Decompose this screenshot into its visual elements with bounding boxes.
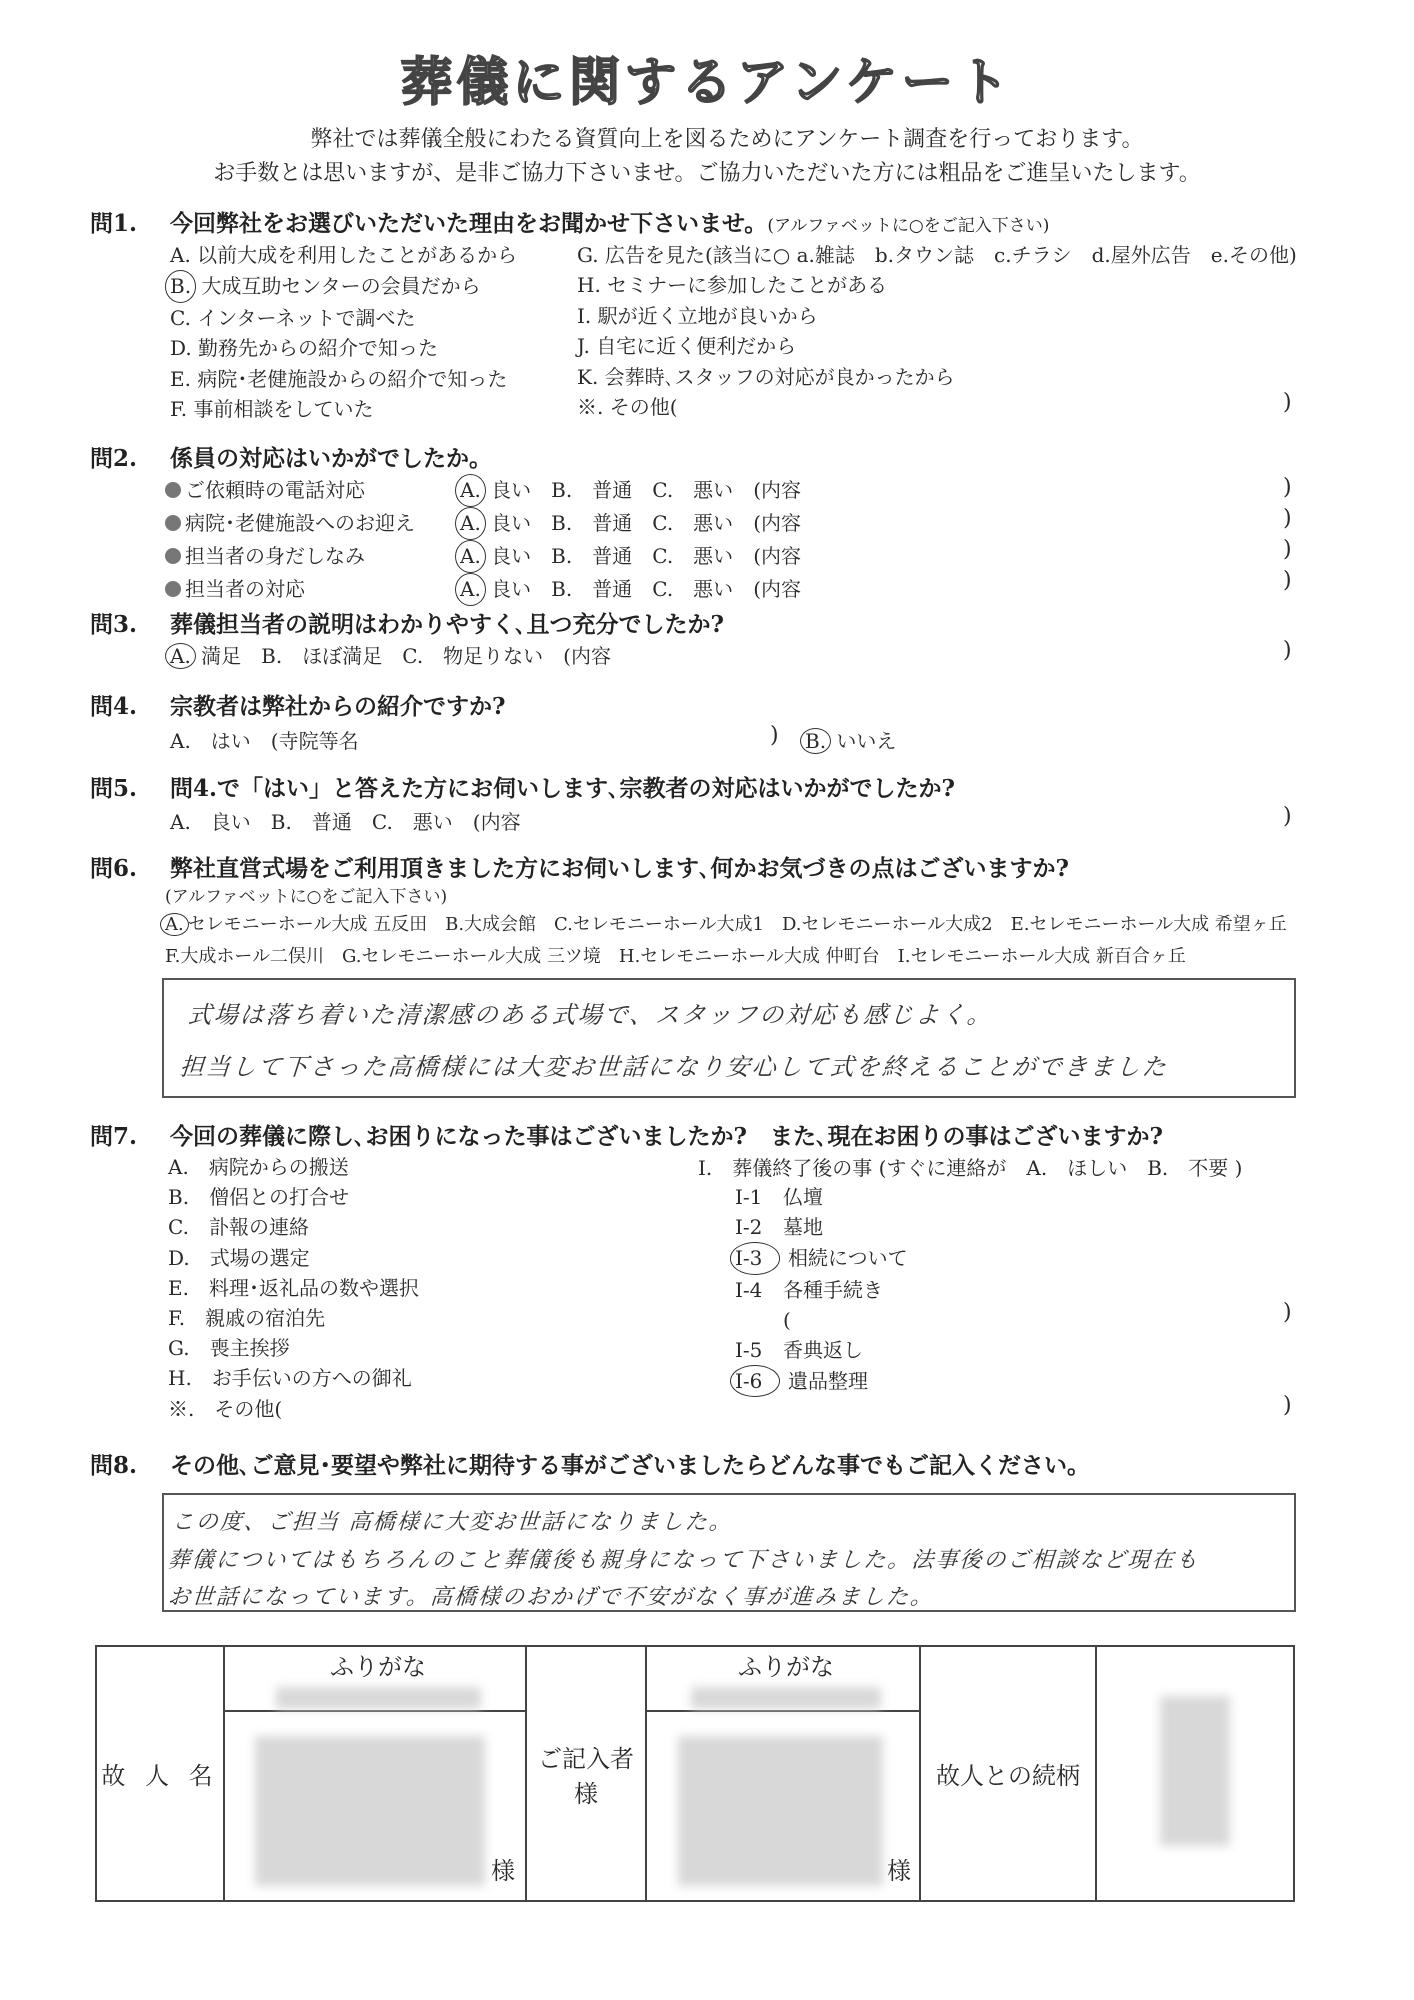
- option-label: 遺品整理: [788, 1369, 868, 1393]
- q1-option-j[interactable]: J. 自宅に近く便利だから: [577, 331, 1297, 361]
- writer-label: ご記入者様: [526, 1646, 646, 1901]
- writer-name-field[interactable]: 様: [646, 1711, 920, 1901]
- option-key: G.: [577, 243, 599, 267]
- option-label: 病院からの搬送: [209, 1155, 349, 1179]
- q2-close-parens: ) ) ) ): [1283, 472, 1292, 596]
- option-key: C.: [168, 1215, 189, 1239]
- option-label: セミナーに参加したことがある: [607, 273, 887, 297]
- option-key: ※.: [577, 395, 603, 419]
- q3-text: 葬儀担当者の説明はわかりやすく､且つ充分でしたか?: [170, 611, 724, 638]
- redacted-text: [255, 1736, 485, 1886]
- q8-heading: 問8.その他､ご意見･要望や弊社に期待する事がございましたらどんな事でもご記入く…: [90, 1447, 1090, 1480]
- q5-number: 問5.: [90, 770, 170, 803]
- q2-row: 担当者の身だしなみA. 良い B. 普通 C. 悪い (内容: [165, 540, 801, 573]
- option-label: お手伝いの方への御礼: [212, 1366, 412, 1390]
- q7-sub-option-detail[interactable]: (: [735, 1305, 908, 1335]
- q1-option-k[interactable]: K. 会葬時､スタッフの対応が良かったから: [577, 362, 1297, 392]
- option-label: 以前大成を利用したことがあるから: [197, 243, 517, 267]
- option-label: 訃報の連絡: [209, 1215, 309, 1239]
- q5-close-paren: ): [1283, 804, 1292, 829]
- q1-option-h[interactable]: H. セミナーに参加したことがある: [577, 270, 1297, 300]
- option-c[interactable]: C. 悪い: [652, 511, 733, 535]
- close-paren: ): [1283, 534, 1292, 565]
- option-label: 事前相談をしていた: [193, 397, 373, 421]
- q2-text: 係員の対応はいかがでしたか。: [170, 445, 492, 472]
- q1-option-other[interactable]: ※. その他(: [577, 392, 1297, 422]
- bullet-icon: [165, 548, 181, 564]
- option-key: I-5: [735, 1335, 783, 1365]
- option-c[interactable]: C. 悪い: [652, 544, 733, 568]
- deceased-name-label: 故 人 名: [96, 1646, 224, 1901]
- redacted-text: [276, 1687, 481, 1709]
- circled-option-a[interactable]: A.: [165, 643, 196, 669]
- row-label: 担当者の身だしなみ: [185, 541, 460, 572]
- option-key: A.: [168, 1155, 189, 1179]
- q1-heading: 問1.今回弊社をお選びいただいた理由をお聞かせ下さいませ。(アルファベットに○を…: [90, 205, 1049, 238]
- circled-option-key: I-3: [730, 1242, 780, 1274]
- q8-comment-line-3: お世話になっています。高橋様のおかげで不安がなく事が進みました。: [167, 1580, 935, 1611]
- option-label: 大成互助センターの会員だから: [201, 274, 480, 298]
- q4-number: 問4.: [90, 688, 170, 721]
- q2-rows: ご依頼時の電話対応A. 良い B. 普通 C. 悪い (内容 病院･老健施設への…: [165, 474, 801, 606]
- option-b-label: いいえ: [836, 729, 896, 753]
- q1-left-options: A. 以前大成を利用したことがあるから B. 大成互助センターの会員だから C.…: [170, 240, 517, 424]
- q1-option-g[interactable]: G. 広告を見た(該当に○ a.雑誌 b.タウン誌 c.チラシ d.屋外広告 e…: [577, 240, 1297, 270]
- venue-options[interactable]: セレモニーホール大成 五反田 B.大成会館 C.セレモニーホール大成1 D.セレ…: [188, 914, 1287, 935]
- option-key: D.: [170, 336, 192, 360]
- option-label: 病院･老健施設からの紹介で知った: [197, 367, 507, 391]
- respondent-info-table: 故 人 名 ふりがな ご記入者様 ふりがな 故人との続柄 様 様: [95, 1645, 1295, 1902]
- option-key: F.: [170, 397, 187, 421]
- q5-options[interactable]: A. 良い B. 普通 C. 悪い (内容: [170, 806, 521, 835]
- q7-sub-option[interactable]: I-6遺品整理: [735, 1365, 908, 1397]
- option-key: E.: [168, 1276, 189, 1300]
- q7-option[interactable]: C. 訃報の連絡: [168, 1212, 419, 1242]
- q1-option-d[interactable]: D. 勤務先からの紹介で知った: [170, 333, 517, 363]
- detail-label: (内容: [753, 511, 801, 535]
- q7-sub-option[interactable]: I-4各種手続き: [735, 1275, 908, 1305]
- option-a-label: 良い: [491, 544, 531, 568]
- option-label: その他(: [214, 1397, 282, 1421]
- option-key: A.: [170, 243, 191, 267]
- q7-number: 問7.: [90, 1118, 170, 1151]
- q7-option[interactable]: F. 親戚の宿泊先: [168, 1303, 419, 1333]
- q1-close-paren: ): [1283, 390, 1292, 415]
- option-b[interactable]: B. 普通: [551, 511, 632, 535]
- option-label: 料理･返礼品の数や選択: [209, 1276, 419, 1300]
- option-key: H.: [577, 273, 601, 297]
- deceased-name-field[interactable]: 様: [224, 1711, 526, 1901]
- q5-heading: 問5.問4.で「はい」と答えた方にお伺いします､宗教者の対応はいかがでしたか?: [90, 770, 955, 803]
- option-key: F.: [168, 1306, 185, 1330]
- deceased-furigana-field[interactable]: ふりがな: [224, 1646, 526, 1711]
- intro-line-2: お手数とは思いますが、是非ご協力下さいませ。ご協力いただいた方には粗品をご進呈い…: [0, 156, 1414, 187]
- furigana-label: ふりがな: [330, 1653, 426, 1681]
- q4-close-paren: ): [770, 723, 779, 748]
- q2-row: 担当者の対応A. 良い B. 普通 C. 悪い (内容: [165, 573, 801, 606]
- intro-line-1: 弊社では葬儀全般にわたる資質向上を図るためにアンケート調査を行っております。: [0, 122, 1414, 153]
- option-label: 式場の選定: [210, 1246, 310, 1270]
- option-key: J.: [577, 334, 590, 358]
- redacted-text: [1160, 1696, 1230, 1846]
- circled-option-a[interactable]: A.: [455, 474, 486, 507]
- furigana-label: ふりがな: [738, 1653, 834, 1681]
- bullet-icon: [165, 581, 181, 597]
- q1-number: 問1.: [90, 205, 170, 238]
- q3-close-paren: ): [1283, 638, 1292, 663]
- option-label: 各種手続き: [783, 1278, 883, 1302]
- option-label: 喪主挨拶: [210, 1336, 290, 1360]
- q1-text: 今回弊社をお選びいただいた理由をお聞かせ下さいませ。: [170, 210, 767, 237]
- q7-sub-option[interactable]: I-3相続について: [735, 1242, 908, 1274]
- q7-right-header[interactable]: I. 葬儀終了後の事 (すぐに連絡が A. ほしい B. 不要 ): [698, 1152, 1242, 1181]
- q7-sub-option[interactable]: I-2墓地: [735, 1212, 908, 1242]
- option-key: E.: [170, 367, 191, 391]
- bullet-icon: [165, 515, 181, 531]
- close-paren: ): [1283, 565, 1292, 596]
- option-c[interactable]: C. 悪い: [652, 577, 733, 601]
- q1-option-b[interactable]: B. 大成互助センターの会員だから: [170, 270, 517, 302]
- q4-text: 宗教者は弊社からの紹介ですか?: [170, 693, 505, 720]
- q4-option-a[interactable]: A. はい (寺院等名: [170, 725, 359, 754]
- q1-option-c[interactable]: C. インターネットで調べた: [170, 303, 517, 333]
- option-key: I-2: [735, 1212, 783, 1242]
- q6-comment-line-1: 式場は落ち着いた清潔感のある式場で、スタッフの対応も感じよく。: [187, 995, 994, 1030]
- option-label: 親戚の宿泊先: [205, 1306, 325, 1330]
- option-key: I.: [577, 304, 591, 328]
- relation-label: 故人との続柄: [920, 1646, 1096, 1901]
- option-key: ※.: [168, 1397, 194, 1421]
- q7-left-options: A. 病院からの搬送 B. 僧侶との打合せ C. 訃報の連絡 D. 式場の選定 …: [168, 1152, 419, 1424]
- q7-option[interactable]: H. お手伝いの方への御礼: [168, 1363, 419, 1393]
- q7-right-options: I-1仏壇 I-2墓地 I-3相続について I-4各種手続き ( I-5香典返し…: [735, 1182, 908, 1397]
- circled-option-key: B.: [165, 270, 196, 302]
- redacted-text: [691, 1687, 881, 1709]
- option-label: 墓地: [783, 1215, 823, 1239]
- q2-row: ご依頼時の電話対応A. 良い B. 普通 C. 悪い (内容: [165, 474, 801, 507]
- sama-suffix: 様: [887, 1857, 911, 1885]
- option-a-label: 良い: [491, 511, 531, 535]
- q7-option[interactable]: B. 僧侶との打合せ: [168, 1182, 419, 1212]
- q8-number: 問8.: [90, 1447, 170, 1480]
- close-paren: ): [1283, 472, 1292, 503]
- option-key: I-4: [735, 1275, 783, 1305]
- option-key: B.: [168, 1185, 189, 1209]
- option-key: H.: [168, 1366, 192, 1390]
- q4-option-b[interactable]: B. いいえ: [805, 725, 896, 754]
- q6-note: (アルファベットに○をご記入下さい): [165, 882, 447, 907]
- q7-other-close-paren: ): [1283, 1393, 1292, 1418]
- q7-text: 今回の葬儀に際し､お困りになった事はございましたか? また､現在お困りの事はござ…: [170, 1123, 1163, 1150]
- page-title: 葬儀に関するアンケート: [0, 40, 1414, 115]
- q8-comment-line-1: この度、ご担当 高橋様に大変お世話になりました。: [171, 1505, 734, 1536]
- q7-option[interactable]: E. 料理･返礼品の数や選択: [168, 1273, 419, 1303]
- q2-heading: 問2.係員の対応はいかがでしたか。: [90, 440, 492, 473]
- option-a-label: 良い: [491, 478, 531, 502]
- row-label: 病院･老健施設へのお迎え: [185, 508, 460, 539]
- option-b[interactable]: B. 普通: [551, 478, 632, 502]
- q8-comment-line-2: 葬儀についてはもちろんのこと葬儀後も親身になって下さいました。法事後のご相談など…: [167, 1543, 1201, 1574]
- option-c[interactable]: C. 悪い: [652, 478, 733, 502]
- option-key: D.: [168, 1246, 190, 1270]
- q4-heading: 問4.宗教者は弊社からの紹介ですか?: [90, 688, 505, 721]
- option-label: インターネットで調べた: [197, 306, 415, 330]
- row-label: 担当者の対応: [185, 574, 460, 605]
- writer-furigana-field[interactable]: ふりがな: [646, 1646, 920, 1711]
- circled-option-a[interactable]: A.: [455, 540, 486, 573]
- option-label: (: [783, 1308, 791, 1332]
- q8-text: その他､ご意見･要望や弊社に期待する事がございましたらどんな事でもご記入ください…: [170, 1452, 1090, 1479]
- q7-sub-option[interactable]: I-1仏壇: [735, 1182, 908, 1212]
- q2-row: 病院･老健施設へのお迎えA. 良い B. 普通 C. 悪い (内容: [165, 507, 801, 540]
- option-a-label: 満足: [201, 644, 241, 668]
- q1-option-e[interactable]: E. 病院･老健施設からの紹介で知った: [170, 364, 517, 394]
- q3-options: A. 満足 B. ほぼ満足 C. 物足りない (内容: [170, 640, 611, 669]
- option-label: 相続について: [788, 1246, 908, 1270]
- option-b[interactable]: B. 普通: [551, 577, 632, 601]
- q3-number: 問3.: [90, 606, 170, 639]
- circled-option-a[interactable]: A.: [455, 507, 486, 540]
- option-label: その他(: [610, 395, 678, 419]
- q1-option-f[interactable]: F. 事前相談をしていた: [170, 394, 517, 424]
- q6-venues-line-2[interactable]: F.大成ホール二俣川 G.セレモニーホール大成 三ツ境 H.セレモニーホール大成…: [165, 942, 1186, 968]
- option-b[interactable]: B. 普通: [551, 544, 632, 568]
- detail-label: (内容: [753, 478, 801, 502]
- option-label: 香典返し: [783, 1338, 863, 1362]
- q6-comment-line-2: 担当して下さった高橋様には大変お世話になり安心して式を終えることができました: [179, 1047, 1169, 1082]
- circled-venue-a[interactable]: A.: [160, 913, 189, 936]
- circled-option-b: B.: [800, 728, 831, 754]
- q6-venues-line-1: A.セレモニーホール大成 五反田 B.大成会館 C.セレモニーホール大成1 D.…: [165, 910, 1287, 936]
- q7-detail-close-paren: ): [1283, 1300, 1292, 1325]
- q1-option-a[interactable]: A. 以前大成を利用したことがあるから: [170, 240, 517, 270]
- q2-number: 問2.: [90, 440, 170, 473]
- option-key: C.: [170, 306, 191, 330]
- row-label: ご依頼時の電話対応: [185, 475, 460, 506]
- detail-label: (内容: [753, 577, 801, 601]
- q6-text: 弊社直営式場をご利用頂きました方にお伺いします､何かお気づきの点はございますか?: [170, 855, 1069, 882]
- option-label: 勤務先からの紹介で知った: [198, 336, 438, 360]
- q3-other-options[interactable]: B. ほぼ満足 C. 物足りない (内容: [261, 644, 611, 668]
- circled-option-a[interactable]: A.: [455, 573, 486, 606]
- q3-heading: 問3.葬儀担当者の説明はわかりやすく､且つ充分でしたか?: [90, 606, 724, 639]
- option-label: 自宅に近く便利だから: [596, 334, 796, 358]
- q6-heading: 問6.弊社直営式場をご利用頂きました方にお伺いします､何かお気づきの点はございま…: [90, 850, 1069, 883]
- option-label: 会葬時､スタッフの対応が良かったから: [605, 365, 955, 389]
- q6-number: 問6.: [90, 850, 170, 883]
- option-label: 仏壇: [783, 1185, 823, 1209]
- bullet-icon: [165, 482, 181, 498]
- relation-field[interactable]: [1096, 1646, 1294, 1901]
- option-a-label: 良い: [491, 577, 531, 601]
- option-label: 駅が近く立地が良いから: [598, 304, 818, 328]
- option-label: 僧侶との打合せ: [209, 1185, 349, 1209]
- q5-text: 問4.で「はい」と答えた方にお伺いします､宗教者の対応はいかがでしたか?: [170, 775, 955, 802]
- q7-option[interactable]: ※. その他(: [168, 1394, 419, 1424]
- q1-note: (アルファベットに○をご記入下さい): [767, 216, 1049, 236]
- detail-label: (内容: [753, 544, 801, 568]
- q1-option-i[interactable]: I. 駅が近く立地が良いから: [577, 301, 1297, 331]
- redacted-text: [678, 1736, 883, 1886]
- q7-option[interactable]: A. 病院からの搬送: [168, 1152, 419, 1182]
- option-key: K.: [577, 365, 598, 389]
- q7-heading: 問7.今回の葬儀に際し､お困りになった事はございましたか? また､現在お困りの事…: [90, 1118, 1163, 1151]
- q7-option[interactable]: D. 式場の選定: [168, 1243, 419, 1273]
- option-key: G.: [168, 1336, 190, 1360]
- close-paren: ): [1283, 503, 1292, 534]
- q1-right-options: G. 広告を見た(該当に○ a.雑誌 b.タウン誌 c.チラシ d.屋外広告 e…: [577, 240, 1297, 422]
- option-key: I-1: [735, 1182, 783, 1212]
- q7-sub-option[interactable]: I-5香典返し: [735, 1335, 908, 1365]
- q7-option[interactable]: G. 喪主挨拶: [168, 1333, 419, 1363]
- sama-suffix: 様: [491, 1857, 515, 1885]
- circled-option-key: I-6: [730, 1365, 780, 1397]
- option-label: 広告を見た(該当に○ a.雑誌 b.タウン誌 c.チラシ d.屋外広告 e.その…: [605, 243, 1297, 267]
